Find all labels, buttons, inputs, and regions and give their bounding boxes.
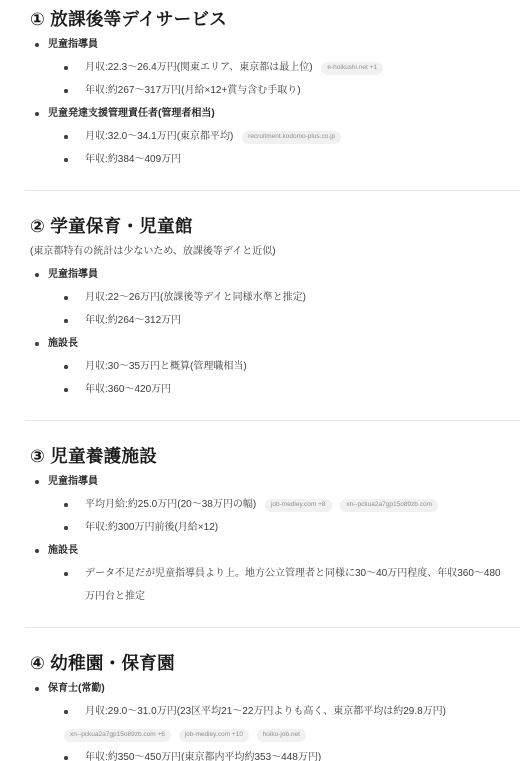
item-list: 保育士(常勤) 月収:29.0〜31.0万円(23区平均21〜22万円よりも高く… [30,677,507,761]
item-label: 児童指導員 [30,263,507,286]
citation-badge[interactable]: xn--pckua2a7gp15o89zb.com [340,499,438,513]
bullet-icon [64,526,68,530]
item-label: 児童指導員 [30,470,507,493]
bullet-icon [35,273,39,277]
bullet-icon [64,158,68,162]
item-label: 施設長 [30,332,507,355]
section: ③ 児童養護施設 児童指導員 平均月給:約25.0万円(20〜38万円の幅) j… [30,445,507,628]
citation-badges: recruitment.kodomo-plus.co.jp [233,131,341,142]
citation-badge[interactable]: job-medley.com +10 [179,729,249,743]
bullet-icon [64,572,68,576]
list-item: 児童指導員 平均月給:約25.0万円(20〜38万円の幅) job-medley… [30,470,507,539]
bullet-icon [64,503,68,507]
sub-item-list: 月収:30〜35万円と概算(管理職相当) 年収:360〜420万円 [30,355,507,401]
list-item: 保育士(常勤) 月収:29.0〜31.0万円(23区平均21〜22万円よりも高く… [30,677,507,761]
sub-item-text: 月収:32.0〜34.1万円(東京都平均) [85,131,233,142]
list-item: 施設長 月収:30〜35万円と概算(管理職相当) 年収:360〜420万円 [30,332,507,401]
section-heading: ④ 幼稚園・保育園 [30,652,507,674]
bullet-icon [35,342,39,346]
section-divider [25,190,520,191]
section: ① 放課後等デイサービス 児童指導員 月収:22.3〜26.4万円(関東エリア、… [30,8,507,191]
sub-list-item: 月収:32.0〜34.1万円(東京都平均) recruitment.kodomo… [30,125,507,148]
sub-item-text: 月収:30〜35万円と概算(管理職相当) [85,361,247,372]
sub-item-text: 年収:約267〜317万円(月給×12+賞与含む手取り) [85,85,301,96]
item-list: 児童指導員 月収:22.3〜26.4万円(関東エリア、東京都は最上位) e-ho… [30,33,507,171]
sub-item-list: 月収:22〜26万円(放課後等デイと同様水準と推定) 年収:約264〜312万円 [30,286,507,332]
list-item: 児童指導員 月収:22〜26万円(放課後等デイと同様水準と推定) 年収:約264… [30,263,507,332]
sub-list-item: データ不足だが児童指導員より上。地方公立管理者と同様に30〜40万円程度、年収3… [30,562,507,608]
bullet-icon [35,112,39,116]
sub-item-text: 年収:約300万円前後(月給×12) [85,522,218,533]
sub-item-text: 年収:約350〜450万円(東京都内平均約353〜448万円) [85,752,321,761]
citation-badge[interactable]: xn--pckua2a7gp15o89zb.com +6 [64,729,171,743]
document: ① 放課後等デイサービス 児童指導員 月収:22.3〜26.4万円(関東エリア、… [0,0,525,761]
sub-item-list: データ不足だが児童指導員より上。地方公立管理者と同様に30〜40万円程度、年収3… [30,562,507,608]
sub-item-list: 月収:22.3〜26.4万円(関東エリア、東京都は最上位) e-hoikushi… [30,56,507,102]
sub-list-item: 年収:約384〜409万円 [30,148,507,171]
sub-list-item: 月収:29.0〜31.0万円(23区平均21〜22万円よりも高く、東京都平均は約… [30,700,507,746]
sub-item-text: 年収:360〜420万円 [85,384,171,395]
bullet-icon [64,319,68,323]
bullet-icon [35,549,39,553]
bullet-icon [64,388,68,392]
list-item: 施設長 データ不足だが児童指導員より上。地方公立管理者と同様に30〜40万円程度… [30,539,507,608]
bullet-icon [64,89,68,93]
sub-list-item: 月収:30〜35万円と概算(管理職相当) [30,355,507,378]
bullet-icon [64,756,68,760]
sub-item-text: 月収:22〜26万円(放課後等デイと同様水準と推定) [85,292,306,303]
item-list: 児童指導員 平均月給:約25.0万円(20〜38万円の幅) job-medley… [30,470,507,608]
citation-badge[interactable]: recruitment.kodomo-plus.co.jp [242,131,341,145]
bullet-icon [64,66,68,70]
sub-item-list: 月収:32.0〜34.1万円(東京都平均) recruitment.kodomo… [30,125,507,171]
bullet-icon [35,687,39,691]
sub-list-item: 年収:約300万円前後(月給×12) [30,516,507,539]
sub-list-item: 年収:360〜420万円 [30,378,507,401]
sections-container: ① 放課後等デイサービス 児童指導員 月収:22.3〜26.4万円(関東エリア、… [30,8,507,761]
bullet-icon [64,296,68,300]
sub-list-item: 年収:約267〜317万円(月給×12+賞与含む手取り) [30,79,507,102]
section-divider [25,627,520,628]
item-label: 児童発達支援管理責任者(管理者相当) [30,102,507,125]
section: ② 学童保育・児童館 (東京都特有の統計は少ないため、放課後等デイと近似) 児童… [30,215,507,421]
bullet-icon [64,710,68,714]
item-label: 保育士(常勤) [30,677,507,700]
section-note: (東京都特有の統計は少ないため、放課後等デイと近似) [30,240,507,263]
sub-item-text: 平均月給:約25.0万円(20〜38万円の幅) [85,499,256,510]
section-heading: ③ 児童養護施設 [30,445,507,467]
section-divider [25,420,520,421]
bullet-icon [35,43,39,47]
sub-list-item: 平均月給:約25.0万円(20〜38万円の幅) job-medley.com +… [30,493,507,516]
item-label: 児童指導員 [30,33,507,56]
item-label: 施設長 [30,539,507,562]
citation-badge[interactable]: hoiku-job.net [257,729,306,743]
list-item: 児童指導員 月収:22.3〜26.4万円(関東エリア、東京都は最上位) e-ho… [30,33,507,102]
list-item: 児童発達支援管理責任者(管理者相当) 月収:32.0〜34.1万円(東京都平均)… [30,102,507,171]
sub-item-text: 年収:約384〜409万円 [85,154,181,165]
section-heading: ① 放課後等デイサービス [30,8,507,30]
bullet-icon [64,365,68,369]
citation-badges: e-hoikushi.net +1 [313,62,383,73]
sub-item-list: 平均月給:約25.0万円(20〜38万円の幅) job-medley.com +… [30,493,507,539]
sub-item-text: データ不足だが児童指導員より上。地方公立管理者と同様に30〜40万円程度、年収3… [85,568,501,602]
sub-list-item: 年収:約350〜450万円(東京都内平均約353〜448万円) [30,746,507,761]
sub-list-item: 年収:約264〜312万円 [30,309,507,332]
bullet-icon [64,135,68,139]
citation-badges: xn--pckua2a7gp15o89zb.com +6 job-medley.… [64,723,507,746]
section: ④ 幼稚園・保育園 保育士(常勤) 月収:29.0〜31.0万円(23区平均21… [30,652,507,761]
citation-badge[interactable]: job-medley.com +8 [265,499,332,513]
section-heading: ② 学童保育・児童館 [30,215,507,237]
sub-item-text: 年収:約264〜312万円 [85,315,181,326]
sub-list-item: 月収:22〜26万円(放課後等デイと同様水準と推定) [30,286,507,309]
sub-item-text: 月収:22.3〜26.4万円(関東エリア、東京都は最上位) [85,62,313,73]
citation-badges: job-medley.com +8 xn--pckua2a7gp15o89zb.… [256,499,438,510]
item-list: 児童指導員 月収:22〜26万円(放課後等デイと同様水準と推定) 年収:約264… [30,263,507,401]
bullet-icon [35,480,39,484]
sub-item-list: 月収:29.0〜31.0万円(23区平均21〜22万円よりも高く、東京都平均は約… [30,700,507,761]
sub-list-item: 月収:22.3〜26.4万円(関東エリア、東京都は最上位) e-hoikushi… [30,56,507,79]
citation-badge[interactable]: e-hoikushi.net +1 [321,62,383,76]
sub-item-text: 月収:29.0〜31.0万円(23区平均21〜22万円よりも高く、東京都平均は約… [85,706,446,717]
